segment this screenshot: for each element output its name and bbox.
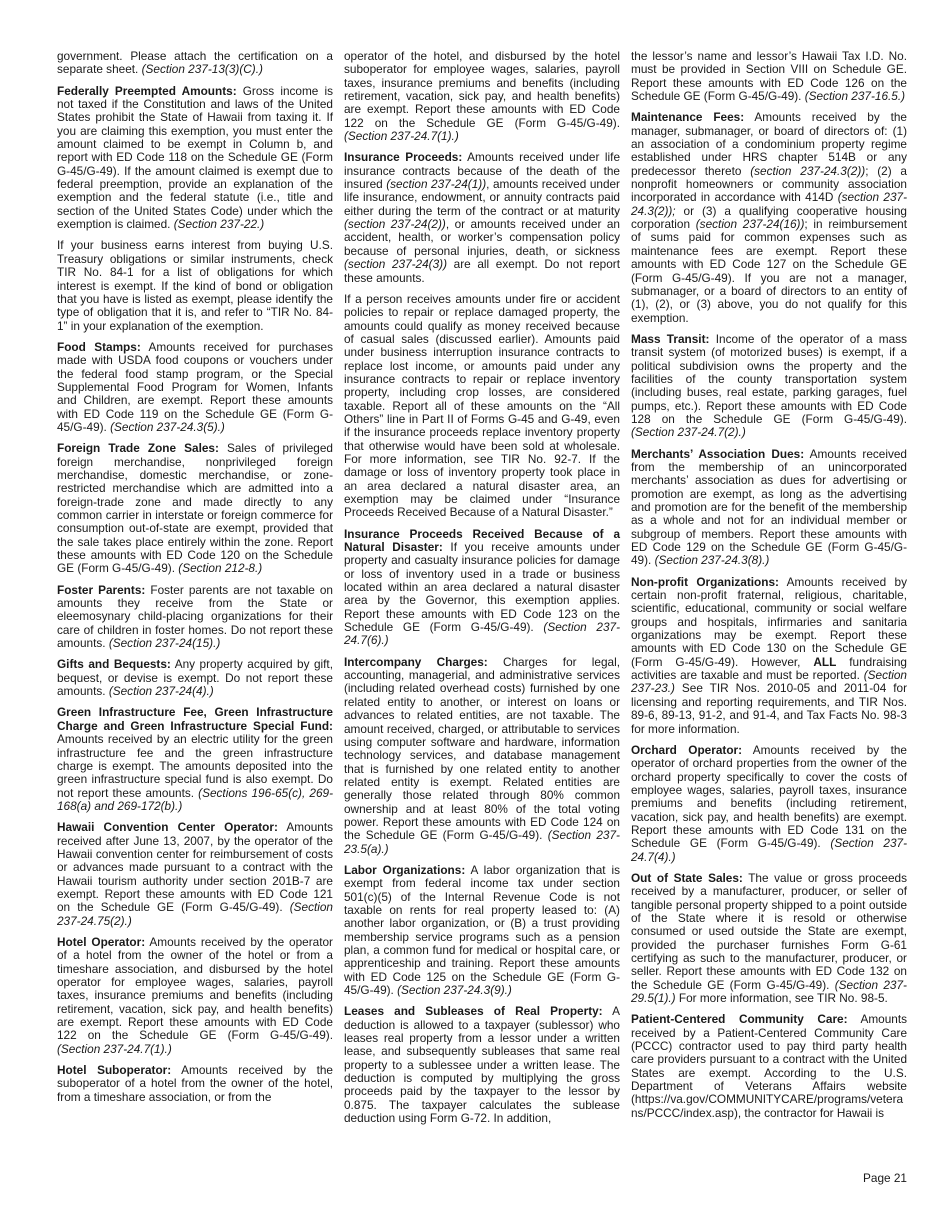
section-ref-run: (section 237-24(3)) bbox=[344, 257, 447, 271]
heading-run: Maintenance Fees: bbox=[631, 110, 744, 124]
paragraph: Mass Transit: Income of the operator of … bbox=[631, 333, 907, 440]
section-ref-run: (section 237-24(16)) bbox=[696, 217, 805, 231]
paragraph: Out of State Sales: The value or gross p… bbox=[631, 872, 907, 1005]
page-number: Page 21 bbox=[631, 1172, 907, 1185]
heading-run: Orchard Operator: bbox=[631, 743, 742, 757]
text-run: Income of the operator of a mass transit… bbox=[631, 332, 907, 426]
section-ref-run: (Section 237-24.7(2).) bbox=[631, 425, 746, 439]
section-ref-run: (Section 237-24.7(1).) bbox=[57, 1042, 172, 1056]
section-ref-run: (Section 237-24.3(9).) bbox=[397, 983, 512, 997]
heading-run: Merchants’ Association Dues: bbox=[631, 447, 804, 461]
section-ref-run: (Section 237-22.) bbox=[174, 217, 265, 231]
heading-run: Federally Preempted Amounts: bbox=[57, 84, 237, 98]
heading-run: Hawaii Convention Center Operator: bbox=[57, 820, 278, 834]
heading-run: Food Stamps: bbox=[57, 340, 141, 354]
text-run: ; in reimbursement of sums paid for comm… bbox=[631, 217, 907, 324]
paragraph: If a person receives amounts under fire … bbox=[344, 293, 620, 520]
heading-run: Green Infrastructure Fee, Green Infrastr… bbox=[57, 705, 333, 732]
paragraph: If your business earns interest from buy… bbox=[57, 239, 333, 332]
heading-run: Intercompany Charges: bbox=[344, 655, 488, 669]
paragraph: Patient-Centered Community Care: Amounts… bbox=[631, 1013, 907, 1120]
text-run: Amounts received by a Patient-Centered C… bbox=[631, 1012, 907, 1119]
column-middle: operator of the hotel, and disbursed by … bbox=[344, 50, 620, 1133]
paragraph: Foreign Trade Zone Sales: Sales of privi… bbox=[57, 442, 333, 575]
document-page: government. Please attach the certificat… bbox=[0, 0, 950, 1230]
paragraph: Hotel Operator: Amounts received by the … bbox=[57, 936, 333, 1056]
paragraph: Hawaii Convention Center Operator: Amoun… bbox=[57, 821, 333, 928]
heading-run: ALL bbox=[813, 655, 836, 669]
text-run: Amounts received by the operator of a ho… bbox=[57, 935, 333, 1042]
paragraph: Green Infrastructure Fee, Green Infrastr… bbox=[57, 706, 333, 813]
text-run: Amounts received by the operator of orch… bbox=[631, 743, 907, 850]
heading-run: Non-profit Organizations: bbox=[631, 575, 779, 589]
paragraph: Insurance Proceeds: Amounts received und… bbox=[344, 151, 620, 284]
paragraph: Food Stamps: Amounts received for purcha… bbox=[57, 341, 333, 434]
section-ref-run: (section 237-24.3(2)) bbox=[750, 164, 865, 178]
paragraph: Federally Preempted Amounts: Gross incom… bbox=[57, 85, 333, 232]
paragraph: Merchants’ Association Dues: Amounts rec… bbox=[631, 448, 907, 568]
heading-run: Foster Parents: bbox=[57, 583, 145, 597]
heading-run: Patient-Centered Community Care: bbox=[631, 1012, 848, 1026]
text-run: Charges for legal, accounting, manageria… bbox=[344, 655, 620, 842]
paragraph: the lessor’s name and lessor’s Hawaii Ta… bbox=[631, 50, 907, 103]
text-run: operator of the hotel, and disbursed by … bbox=[344, 49, 620, 130]
paragraph: Intercompany Charges: Charges for legal,… bbox=[344, 656, 620, 856]
section-ref-run: (Section 237-13(3)(C).) bbox=[142, 62, 263, 76]
section-ref-run: (Section 237-24(15).) bbox=[109, 636, 220, 650]
section-ref-run: (Section 237-24.3(5).) bbox=[110, 420, 225, 434]
heading-run: Hotel Suboperator: bbox=[57, 1063, 171, 1077]
paragraph: Insurance Proceeds Received Because of a… bbox=[344, 528, 620, 648]
section-ref-run: (section 237-24(2)) bbox=[344, 217, 446, 231]
text-run: If your business earns interest from buy… bbox=[57, 238, 333, 332]
paragraph: Labor Organizations: A labor organizatio… bbox=[344, 864, 620, 997]
text-run: Amounts received from the membership of … bbox=[631, 447, 907, 568]
paragraph: government. Please attach the certificat… bbox=[57, 50, 333, 77]
text-run: A deduction is allowed to a taxpayer (su… bbox=[344, 1004, 620, 1125]
paragraph: Maintenance Fees: Amounts received by th… bbox=[631, 111, 907, 325]
paragraph: operator of the hotel, and disbursed by … bbox=[344, 50, 620, 143]
text-run: If a person receives amounts under fire … bbox=[344, 292, 620, 520]
paragraph: Orchard Operator: Amounts received by th… bbox=[631, 744, 907, 864]
section-ref-run: (Section 212-8.) bbox=[178, 561, 262, 575]
heading-run: Out of State Sales: bbox=[631, 871, 743, 885]
text-run: For more information, see TIR No. 98-5. bbox=[676, 991, 888, 1005]
heading-run: Labor Organizations: bbox=[344, 863, 465, 877]
paragraph: Leases and Subleases of Real Property: A… bbox=[344, 1005, 620, 1125]
heading-run: Foreign Trade Zone Sales: bbox=[57, 441, 219, 455]
section-ref-run: (Section 237-24.7(1).) bbox=[344, 129, 459, 143]
text-run: Gross income is not taxed if the Constit… bbox=[57, 84, 333, 231]
text-run: Sales of privileged foreign merchandise,… bbox=[57, 441, 333, 575]
heading-run: Gifts and Bequests: bbox=[57, 657, 171, 671]
heading-run: Hotel Operator: bbox=[57, 935, 145, 949]
section-ref-run: (section 237-24(1)) bbox=[386, 177, 486, 191]
paragraph: Non-profit Organizations: Amounts receiv… bbox=[631, 576, 907, 736]
paragraph: Foster Parents: Foster parents are not t… bbox=[57, 584, 333, 651]
paragraph: Hotel Suboperator: Amounts received by t… bbox=[57, 1064, 333, 1104]
paragraph: Gifts and Bequests: Any property acquire… bbox=[57, 658, 333, 698]
text-run: A labor organization that is exempt from… bbox=[344, 863, 620, 997]
column-right: the lessor’s name and lessor’s Hawaii Ta… bbox=[631, 50, 907, 1128]
text-run: The value or gross proceeds received by … bbox=[631, 871, 907, 992]
section-ref-run: (Section 237-24.3(8).) bbox=[655, 553, 770, 567]
heading-run: Leases and Subleases of Real Property: bbox=[344, 1004, 603, 1018]
section-ref-run: (Section 237-24(4).) bbox=[109, 684, 214, 698]
section-ref-run: (Section 237-16.5.) bbox=[805, 89, 905, 103]
column-left: government. Please attach the certificat… bbox=[57, 50, 333, 1112]
heading-run: Insurance Proceeds: bbox=[344, 150, 462, 164]
heading-run: Mass Transit: bbox=[631, 332, 709, 346]
